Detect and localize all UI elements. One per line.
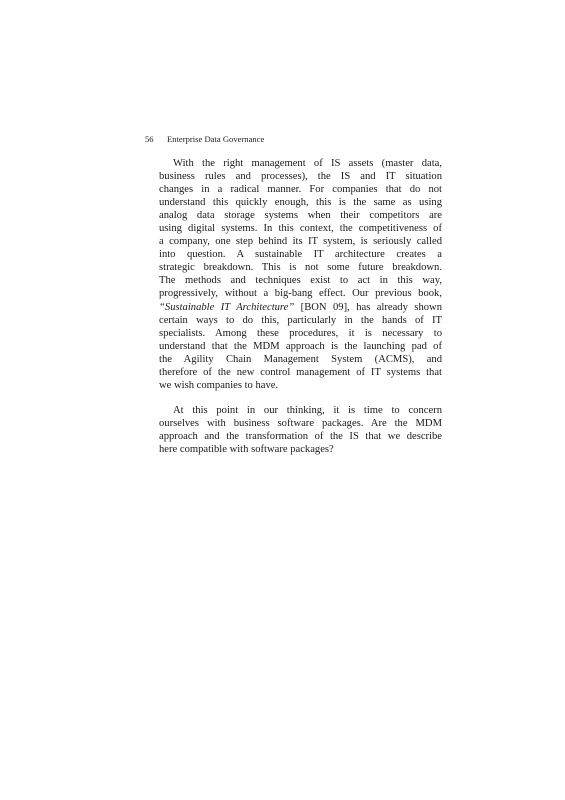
- text-line: business rules and processes), the IS an…: [145, 170, 442, 183]
- text-line: therefore of the new control management …: [145, 366, 442, 379]
- text-line: progressively, without a big-bang effect…: [145, 287, 442, 300]
- text-line: using digital systems. In this context, …: [145, 222, 442, 235]
- text-line: we wish companies to have.: [145, 379, 442, 392]
- paragraph-1: With the right management of IS assets (…: [145, 157, 442, 392]
- text-line: ourselves with business software package…: [145, 417, 442, 430]
- text-line: understand that the MDM approach is the …: [145, 340, 442, 353]
- citation-reference: [BON 09], has already shown: [294, 302, 442, 313]
- text-line: a company, one step behind its IT system…: [145, 235, 442, 248]
- book-page: 56Enterprise Data Governance With the ri…: [0, 0, 565, 800]
- text-line: With the right management of IS assets (…: [145, 157, 442, 170]
- paragraph-2: At this point in our thinking, it is tim…: [145, 404, 442, 456]
- text-line: specialists. Among these procedures, it …: [145, 327, 442, 340]
- citation-line: “Sustainable IT Architecture” [BON 09], …: [145, 301, 442, 314]
- text-line: here compatible with software packages?: [145, 443, 442, 456]
- body-text: With the right management of IS assets (…: [145, 157, 442, 468]
- text-line: changes in a radical manner. For compani…: [145, 183, 442, 196]
- text-line: into question. A sustainable IT architec…: [145, 248, 442, 261]
- text-line: understand this quickly enough, this is …: [145, 196, 442, 209]
- text-line: the Agility Chain Management System (ACM…: [145, 353, 442, 366]
- page-number: 56: [145, 134, 167, 144]
- book-title-citation: “Sustainable IT Architecture”: [159, 302, 294, 313]
- text-line: The methods and techniques exist to act …: [145, 274, 442, 287]
- running-head: 56Enterprise Data Governance: [145, 134, 264, 144]
- text-line: analog data storage systems when their c…: [145, 209, 442, 222]
- text-line: approach and the transformation of the I…: [145, 430, 442, 443]
- text-line: certain ways to do this, particularly in…: [145, 314, 442, 327]
- text-line: At this point in our thinking, it is tim…: [145, 404, 442, 417]
- text-line: strategic breakdown. This is not some fu…: [145, 261, 442, 274]
- running-head-title: Enterprise Data Governance: [167, 134, 264, 144]
